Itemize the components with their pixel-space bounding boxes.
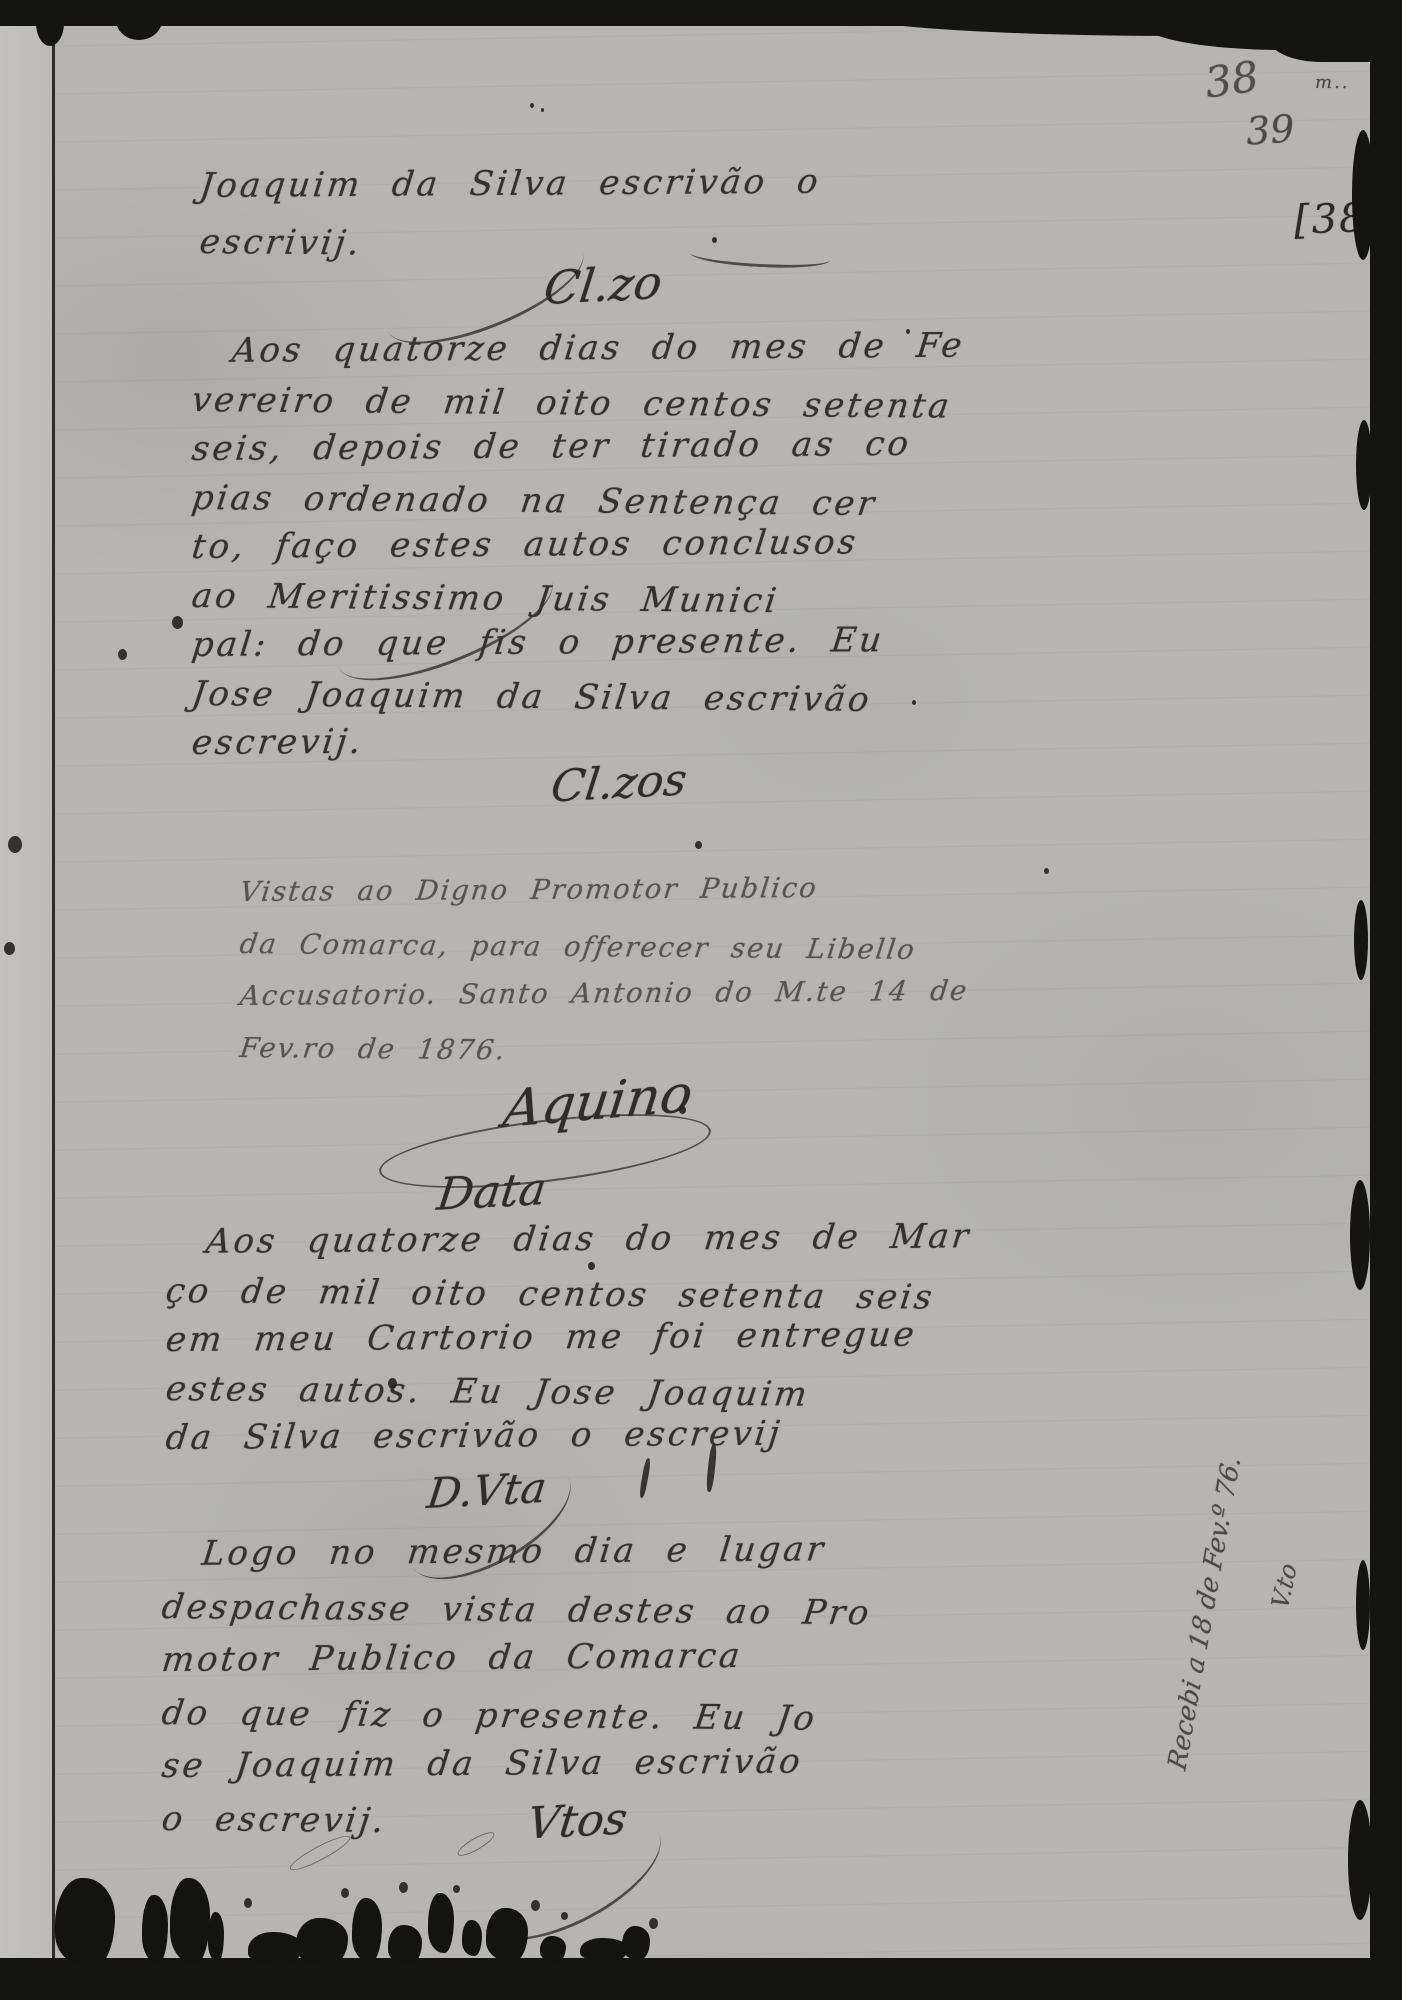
folio-number-pencil-2: 39 bbox=[1245, 106, 1296, 153]
manuscript-line: Logo no mesmo dia e lugar bbox=[159, 1523, 876, 1581]
ink-speck bbox=[530, 103, 534, 108]
manuscript-line: da Silva escrivão o escrevij bbox=[163, 1408, 974, 1463]
ditto-marks: m.. bbox=[1315, 72, 1350, 93]
ink-speck bbox=[453, 1885, 460, 1893]
manuscript-line: seis, depois de ter tirado as co bbox=[189, 420, 967, 474]
margin-note-recebi: Recebi a 18 de Fev.º 76. bbox=[1137, 1304, 1274, 1923]
ink-blot bbox=[142, 1895, 168, 1963]
torn-edge-bump bbox=[1354, 900, 1368, 980]
manuscript-line: se Joaquim da Silva escrivão bbox=[159, 1735, 876, 1793]
pen-stroke bbox=[639, 1458, 652, 1498]
paragraph-data: Aos quatorze dias do mes de Março de mil… bbox=[166, 1218, 970, 1463]
ink-speck bbox=[244, 1898, 252, 1908]
torn-edge-bump bbox=[1350, 1180, 1370, 1290]
ink-blot bbox=[208, 1912, 224, 1962]
ink-blot bbox=[462, 1920, 482, 1956]
manuscript-line: Aos quatorze dias do mes de Mar bbox=[163, 1212, 974, 1267]
ink-blot bbox=[428, 1893, 454, 1953]
torn-edge-top-nub bbox=[116, 0, 162, 40]
ink-speck bbox=[695, 841, 702, 849]
ink-blot bbox=[170, 1878, 210, 1964]
torn-edge-bump bbox=[1348, 1800, 1372, 1920]
folio-number-pencil: 38 bbox=[1202, 52, 1262, 108]
ink-speck bbox=[1044, 868, 1049, 874]
ink-blot bbox=[622, 1926, 650, 1960]
manuscript-line: Accusatorio. Santo Antonio do M.te 14 de bbox=[237, 965, 971, 1022]
ink-blot bbox=[352, 1898, 382, 1962]
adjacent-page-edge bbox=[0, 24, 52, 1960]
manuscript-line: pal: do que fis o presente. Eu bbox=[189, 616, 967, 670]
ink-speck bbox=[118, 649, 127, 660]
manuscript-line: Joaquim da Silva escrivão o bbox=[197, 154, 824, 214]
binding-fold-line bbox=[52, 24, 55, 1960]
manuscript-line: to, faço estes autos conclusos bbox=[189, 518, 967, 572]
manuscript-line: Vistas ao Digno Promotor Publico bbox=[237, 861, 971, 918]
closing-conclusos: Cl.zos bbox=[548, 755, 689, 813]
paragraph-conclusao: Aos quatorze dias do mes de Fevereiro de… bbox=[192, 327, 964, 768]
torn-edge-top-nub bbox=[36, 0, 64, 46]
torn-edge-bottom bbox=[0, 1958, 1402, 2000]
heading-concluso: Cl.zo bbox=[541, 255, 665, 315]
torn-edge-right bbox=[1370, 0, 1402, 2000]
manuscript-line: o escrevij. bbox=[159, 1793, 875, 1852]
ink-speck bbox=[649, 1918, 658, 1929]
ink-speck bbox=[541, 108, 544, 112]
scanned-document-page: 38 m.. 39 [38] Joaquim da Silva escrivão… bbox=[0, 0, 1402, 2000]
ink-speck bbox=[399, 1882, 408, 1893]
paragraph-despacho: Vistas ao Digno Promotor Publicoda Comar… bbox=[240, 866, 968, 1074]
manuscript-line: em meu Cartorio me foi entregue bbox=[163, 1310, 974, 1365]
ink-blot bbox=[55, 1878, 115, 1968]
manuscript-line: Aos quatorze dias do mes de Fe bbox=[189, 322, 967, 376]
ink-speck bbox=[341, 1888, 349, 1898]
ink-speck bbox=[172, 616, 183, 629]
paragraph-vista: Logo no mesmo dia e lugardespachasse vis… bbox=[162, 1528, 872, 1846]
heading-data: Data bbox=[434, 1162, 549, 1221]
torn-edge-bump bbox=[1356, 1560, 1370, 1650]
manuscript-line: motor Publico da Comarca bbox=[159, 1629, 876, 1687]
margin-note-rubric: V.to bbox=[1266, 1560, 1302, 1613]
